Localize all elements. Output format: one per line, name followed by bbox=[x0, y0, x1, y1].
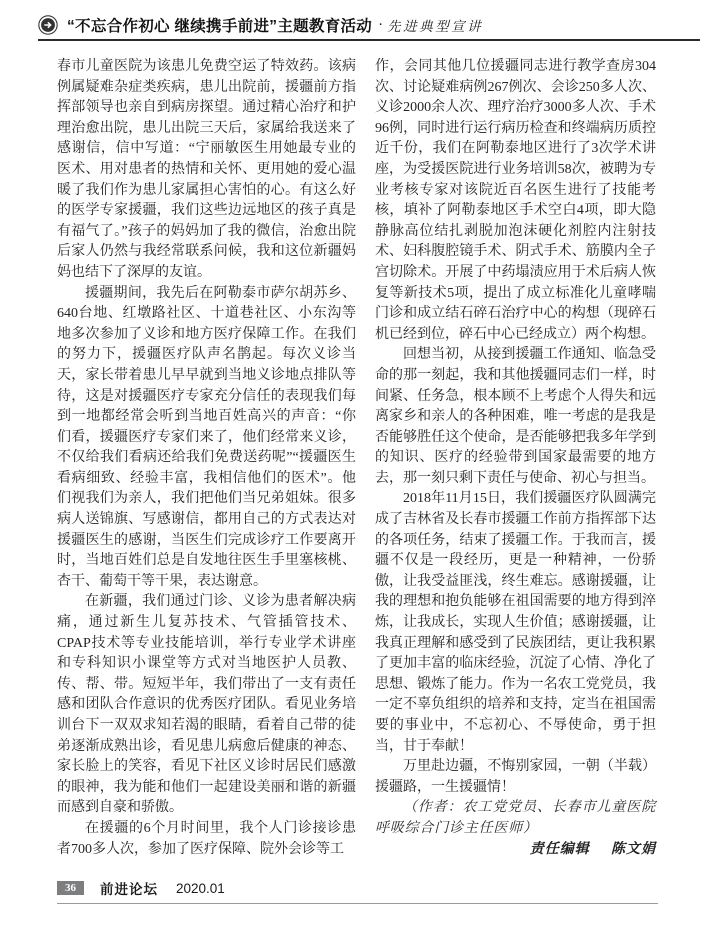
article-paragraph: 春市儿童医院为该患儿免费空运了特效药。该病例属疑难杂症类疾病，患儿出院前，援疆前… bbox=[57, 57, 356, 284]
article-paragraph: 万里赴边疆，不悔别家园，一朝（半载）援疆路，一生援疆情！ bbox=[375, 757, 656, 798]
article-paragraph: 在新疆，我们通过门诊、义诊为患者解决病痛，通过新生儿复苏技术、气管插管技术、CP… bbox=[57, 592, 356, 819]
article-paragraph: 在援疆的6个月时间里，我个人门诊接诊患者700多人次，参加了医疗保障、院外会诊等… bbox=[57, 819, 356, 860]
page-footer: 36 前进论坛 2020.01 bbox=[57, 878, 658, 904]
author-note: （作者：农工党党员、长春市儿童医院呼吸综合门诊主任医师） bbox=[375, 798, 656, 839]
issue-number: 2020.01 bbox=[176, 881, 225, 896]
article-paragraph: 作，会同其他几位援疆同志进行教学查房304次、讨论疑难病例267例次、会诊250… bbox=[375, 57, 656, 345]
page-header: “不忘合作初心 继续携手前进”主题教育活动 · 先进典型宣讲 bbox=[38, 11, 700, 41]
header-title: “不忘合作初心 继续携手前进”主题教育活动 bbox=[67, 14, 372, 36]
article-paragraph: 回想当初，从接到援疆工作通知、临急受命的那一刻起，我和其他援疆同志们一样，时间紧… bbox=[375, 345, 656, 489]
article-right-column: 作，会同其他几位援疆同志进行教学查房304次、讨论疑难病例267例次、会诊250… bbox=[375, 57, 656, 860]
article-left-column: 春市儿童医院为该患儿免费空运了特效药。该病例属疑难杂症类疾病，患儿出院前，援疆前… bbox=[57, 57, 356, 860]
journal-page: “不忘合作初心 继续携手前进”主题教育活动 · 先进典型宣讲 春市儿童医院为该患… bbox=[0, 0, 723, 927]
circle-arrow-right-icon bbox=[38, 15, 58, 35]
header-separator-dot: · bbox=[378, 17, 383, 34]
page-number-badge: 36 bbox=[57, 881, 84, 895]
editor-credit: 责任编辑 陈文娟 bbox=[375, 840, 656, 861]
editor-label: 责任编辑 bbox=[530, 842, 590, 857]
editor-name: 陈文娟 bbox=[611, 842, 656, 857]
article-paragraph: 2018年11月15日，我们援疆医疗队圆满完成了吉林省及长春市援疆工作前方指挥部… bbox=[375, 489, 656, 757]
article-paragraph: 援疆期间，我先后在阿勒泰市萨尔胡苏乡、640台地、红墩路社区、十道巷社区、小东沟… bbox=[57, 284, 356, 593]
header-subtitle: 先进典型宣讲 bbox=[387, 15, 483, 35]
journal-name: 前进论坛 bbox=[100, 878, 158, 898]
